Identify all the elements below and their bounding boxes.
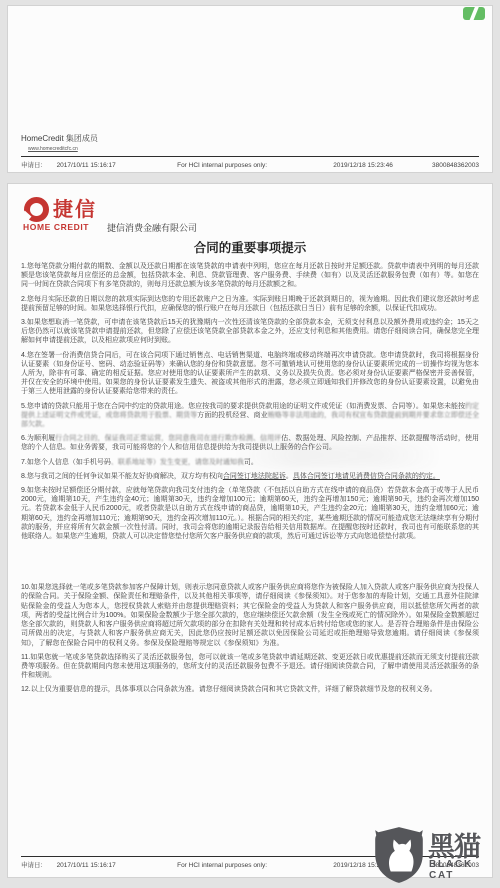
logo-chinese-text: 捷信	[53, 193, 97, 222]
paragraph-segment: 4.您在签署一份消费信贷合同后，可在该合同项下通过销售点、电话销售渠道、电脑终端…	[21, 352, 479, 396]
group-member-line: HomeCredit 集团成员	[21, 133, 98, 144]
apply-datetime: 2017/10/11 15:16:17	[57, 162, 178, 169]
contract-paragraph: 9.如您未按时足额偿还分期付款，应就每笔贷款向我司支付违约金（单笔贷款（不包括以…	[21, 486, 479, 541]
contract-paragraph: 12.以上仅为重要信息的提示，具体事项以合同条款为准。请您仔细阅读贷款合同和其它…	[21, 685, 479, 694]
logo-english-text: HOME CREDIT	[23, 222, 89, 232]
page1-footer: 申请日: 2017/10/11 15:16:17 For HCI interna…	[21, 156, 479, 169]
paragraph-segment: 合同签订地法院起诉	[223, 473, 286, 480]
document-number: 3800848362003	[432, 162, 479, 169]
paragraph-segment: 3.如果您想取消一笔贷款，可申请在该笔贷款后15天的犹豫期内一次性还清该笔贷款的…	[21, 319, 479, 344]
company-name: 捷信消费金融有限公司	[107, 221, 197, 234]
black-cat-english-text: BLACK CAT	[429, 859, 496, 881]
paragraph-segment: 、联系地址等）发生变更，请您及时通知我	[111, 459, 244, 466]
paragraph-segment: 9.如您未按时足额偿还分期付款，应就每笔贷款向我司支付违约金（单笔贷款（不包括以…	[21, 487, 479, 540]
contract-paragraph: 8.您与我司之间的任何争议如果不能友好协商解决，双方均有权向合同签订地法院起诉。…	[21, 472, 479, 481]
paragraph-segment: 1.您每笔贷款分期付款的期数、金额以及还款日期都在该笔贷款的申请表中列明，您应在…	[21, 263, 479, 288]
internal-use-note: For HCI internal purposes only:	[177, 862, 333, 869]
internal-use-note: For HCI internal purposes only:	[177, 162, 333, 169]
contract-paragraph: 5.您申请的贷款只能用于您在合同中约定的贷款用途。您应按我司的要求提供贷款用途的…	[21, 402, 479, 430]
contract-paragraph: 11.如果您就一笔或多笔贷款选择购买了灵活还款服务包，您可以就该一笔或多笔贷款申…	[21, 653, 479, 681]
apply-date-label: 申请日:	[21, 160, 57, 169]
document-page-2: 捷信 HOME CREDIT 捷信消费金融有限公司 合同的重要事项提示 1.您每…	[7, 183, 493, 878]
paragraph-segment: 6.为顺利履	[21, 435, 55, 442]
paragraph-segment: 行合同之目的，保证我司正常运营，您同意我司在进行欺诈检测、信用评	[55, 435, 281, 442]
contract-paragraphs: 1.您每笔贷款分期付款的期数、金额以及还款日期都在该笔贷款的申请表中列明，您应在…	[21, 262, 479, 695]
paragraph-segment: 11.如果您就一笔或多笔贷款选择购买了灵活还款服务包，您可以就该一笔或多笔贷款申…	[21, 654, 479, 679]
paragraph-segment: 司。	[244, 459, 258, 466]
paragraph-segment: 8.您与我司之间的任何争议如果不能友好协商解决，双方均有权向	[21, 473, 223, 480]
black-cat-watermark: 黑猫 BLACK CAT	[372, 825, 496, 887]
contract-paragraph: 1.您每笔贷款分期付款的期数、金额以及还款日期都在该笔贷款的申请表中列明，您应在…	[21, 262, 479, 290]
document-page-1: HomeCredit 集团成员 www.homecreditcfc.cn 申请日…	[7, 5, 493, 173]
black-cat-shield-icon	[372, 825, 426, 885]
footer-divider	[21, 156, 479, 157]
paragraph-segment: 具体合同签订地请见消费信贷合同条款的约定。	[293, 473, 440, 480]
home-credit-ring-icon	[24, 197, 49, 222]
apply-date-label: 申请日:	[21, 860, 57, 869]
paragraph-segment: 5.您申请的贷款只能用于您在合同中约定的贷款用途。您应按我司的要求提供贷款用途的…	[21, 403, 465, 410]
contract-paragraph: 3.如果您想取消一笔贷款，可申请在该笔贷款后15天的犹豫期内一次性还清该笔贷款的…	[21, 318, 479, 346]
paragraph-segment: 方面的投机经营、商业	[197, 412, 267, 419]
home-credit-logo: 捷信 HOME CREDIT 捷信消费金融有限公司	[23, 197, 477, 237]
paragraph-segment: 2.您每月实际还款的日期以您的款项实际到达您的专用还款账户之日为准。实际到账日期…	[21, 296, 479, 312]
website-url: www.homecreditcfc.cn	[28, 146, 78, 152]
contract-paragraph: 10.如果您选择就一笔或多笔贷款参加客户保障计划，则表示您同意贷款人或客户服务供…	[21, 583, 479, 647]
paragraph-segment: 。	[286, 473, 293, 480]
apply-datetime: 2017/10/11 15:16:17	[57, 862, 178, 869]
green-image-badge-icon	[463, 7, 485, 20]
contract-paragraph: 2.您每月实际还款的日期以您的款项实际到达您的专用还款账户之日为准。实际到账日期…	[21, 295, 479, 313]
paragraph-segment: 10.如果您选择就一笔或多笔贷款参加客户保障计划，则表示您同意贷款人或客户服务供…	[21, 584, 479, 646]
paragraph-segment: 12.以上仅为重要信息的提示，具体事项以合同条款为准。请您仔细阅读贷款合同和其它…	[21, 686, 437, 693]
contract-paragraph: 6.为顺利履行合同之目的，保证我司正常运营，您同意我司在进行欺诈检测、信用评估、…	[21, 434, 479, 452]
contract-paragraph: 4.您在签署一份消费信贷合同后，可在该合同项下通过销售点、电话销售渠道、电脑终端…	[21, 351, 479, 397]
print-datetime: 2019/12/18 15:23:46	[333, 162, 432, 169]
paragraph-segment: 7.如您个人信息（如手机号码	[21, 459, 111, 466]
document-title: 合同的重要事项提示	[8, 238, 492, 256]
contract-paragraph: 7.如您个人信息（如手机号码、联系地址等）发生变更，请您及时通知我司。	[21, 458, 479, 467]
document-footer-row: 申请日: 2017/10/11 15:16:17 For HCI interna…	[21, 160, 479, 169]
